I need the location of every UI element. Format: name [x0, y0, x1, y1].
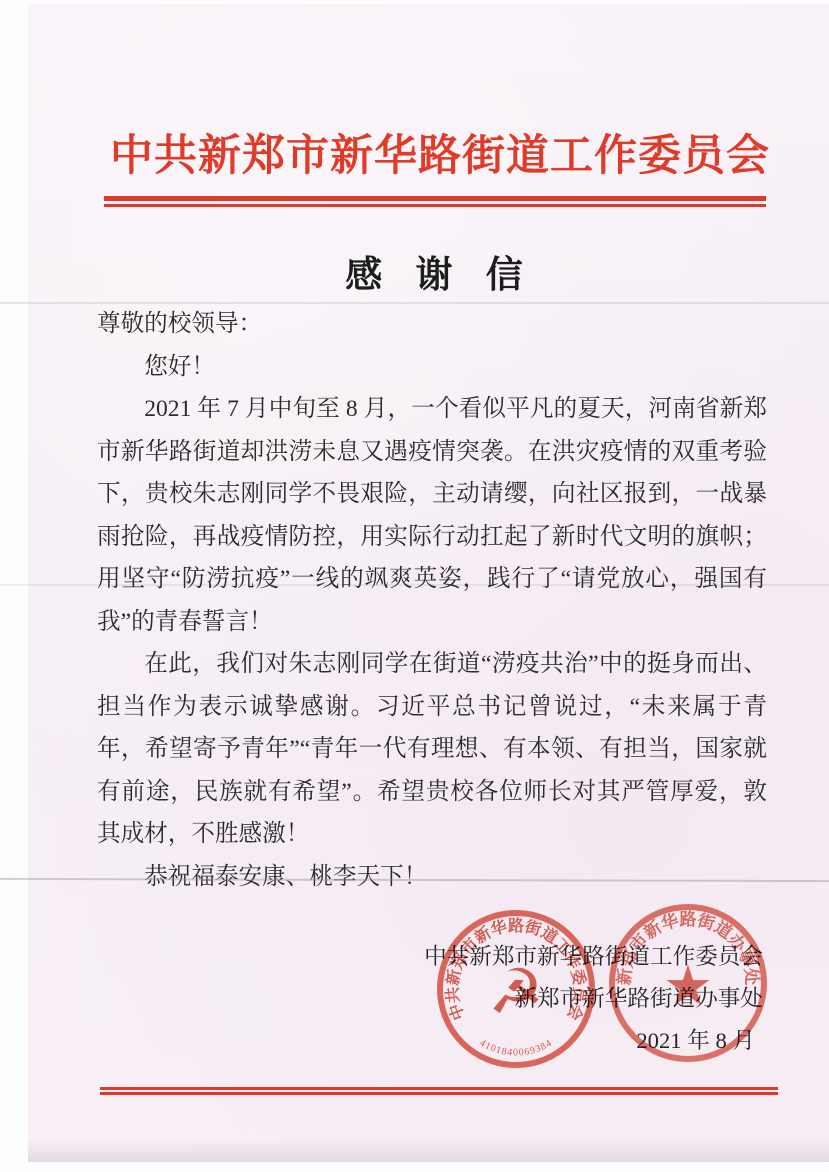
- seal-serial-number: 4101840069384: [478, 1038, 555, 1059]
- footer-rule-top: [100, 1087, 778, 1090]
- letterhead-rule-thin: [104, 204, 766, 207]
- page-bottom-shadow: [28, 1138, 829, 1162]
- hammer-sickle-icon: ☭: [488, 959, 544, 1027]
- official-seal-street-office: 新郑市新华路街道办事处 ★: [603, 898, 773, 1068]
- document-title: 感 谢 信: [100, 244, 780, 298]
- closing-line: 恭祝福泰安康、桃李天下！: [97, 856, 767, 899]
- letterhead-title: 中共新郑市新华路街道工作委员会: [100, 126, 780, 188]
- official-seal-party-committee: 中共新郑市新华路街道工作委员会 ☭ 4101840069384: [431, 904, 601, 1074]
- salutation: 尊敬的校领导：: [97, 303, 767, 346]
- body-paragraph: 2021 年 7 月中旬至 8 月，一个看似平凡的夏天，河南省新郑市新华路街道却…: [97, 388, 767, 643]
- body-paragraph: 在此，我们对朱志刚同学在街道“涝疫共治”中的挺身而出、担当作为表示诚挚感谢。习近…: [97, 643, 767, 856]
- greeting-line: 您好！: [97, 346, 767, 389]
- letter-body: 尊敬的校领导： 您好！ 2021 年 7 月中旬至 8 月，一个看似平凡的夏天，…: [97, 303, 767, 898]
- svg-text:4101840069384: 4101840069384: [478, 1038, 555, 1059]
- star-icon: ★: [663, 956, 713, 1018]
- footer-rule-bottom: [100, 1092, 778, 1095]
- letterhead-rule-thick: [104, 196, 766, 201]
